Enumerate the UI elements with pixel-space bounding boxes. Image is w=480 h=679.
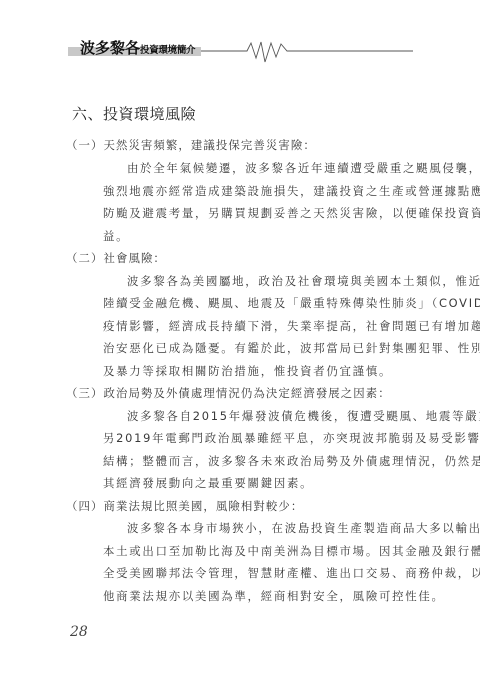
subsection-heading: （二）社會風險： [66,251,166,265]
paragraph-line: 治安惡化已成為隱憂。有鑑於此，波邦當局已針對集團犯罪、性別歧視 [103,341,480,355]
paragraph-line: 本土或出口至加勒比海及中南美洲為目標市場。因其金融及銀行體系完 [103,544,480,558]
subsection-heading: （三）政治局勢及外債處理情況仍為決定經濟發展之因素： [66,386,391,400]
subsection-heading: （一）天然災害頻繁，建議投保完善災害險： [66,138,316,152]
paragraph-line: 由於全年氣候變遷，波多黎各近年連續遭受嚴重之颶風侵襲，此外， [127,161,480,175]
paragraph-line: 疫情影響，經濟成長持續下滑，失業率提高，社會問題已有增加趨勢， [103,319,480,333]
header-title-main: 波多黎各 [80,39,140,57]
paragraph-line: 及暴力等採取相關防治措施，惟投資者仍宜謹慎。 [103,364,392,378]
paragraph-line: 波多黎各自2015年爆發波債危機後，復遭受颶風、地震等嚴重衝擊， [127,409,480,423]
header-title: 波多黎各投資環境簡介 [80,39,195,60]
paragraph-line: 其經濟發展動向之最重要關鍵因素。 [103,476,313,490]
paragraph-line: 波多黎各本身市場狹小，在波島投資生產製造商品大多以輸出至美國 [127,521,480,535]
paragraph-line: 全受美國聯邦法令管理，智慧財產權、進出口交易、商務仲裁，以及其 [103,566,480,580]
paragraph-line: 結構；整體而言，波多黎各未來政治局勢及外債處理情況，仍然是決定 [103,454,480,468]
header-title-sub: 投資環境簡介 [140,45,195,56]
page-number: 28 [70,624,88,640]
paragraph-line: 陸續受金融危機、颶風、地震及「嚴重特殊傳染性肺炎」（COVID-19） [103,296,480,310]
running-header: 波多黎各投資環境簡介 [0,0,480,80]
paragraph-line: 另2019年電郵門政治風暴雖經平息，亦突現波邦脆弱及易受影響之政治 [103,431,480,445]
paragraph-line: 強烈地震亦經常造成建築設施損失，建議投資之生產或營運據點應加入 [103,184,480,198]
paragraph-line: 益。 [103,229,129,243]
header-zigzag-line-icon [0,0,480,80]
paragraph-line: 他商業法規亦以美國為準，經商相對安全，風險可控性佳。 [103,589,445,603]
subsection-heading: （四）商業法規比照美國，風險相對較少： [66,499,303,513]
section-title: 六、投資環境風險 [72,103,196,124]
paragraph-line: 防颱及避震考量，另購買規劃妥善之天然災害險，以便確保投資資產權 [103,206,480,220]
paragraph-line: 波多黎各為美國屬地，政治及社會環境與美國本土類似，惟近10年來 [127,274,480,288]
